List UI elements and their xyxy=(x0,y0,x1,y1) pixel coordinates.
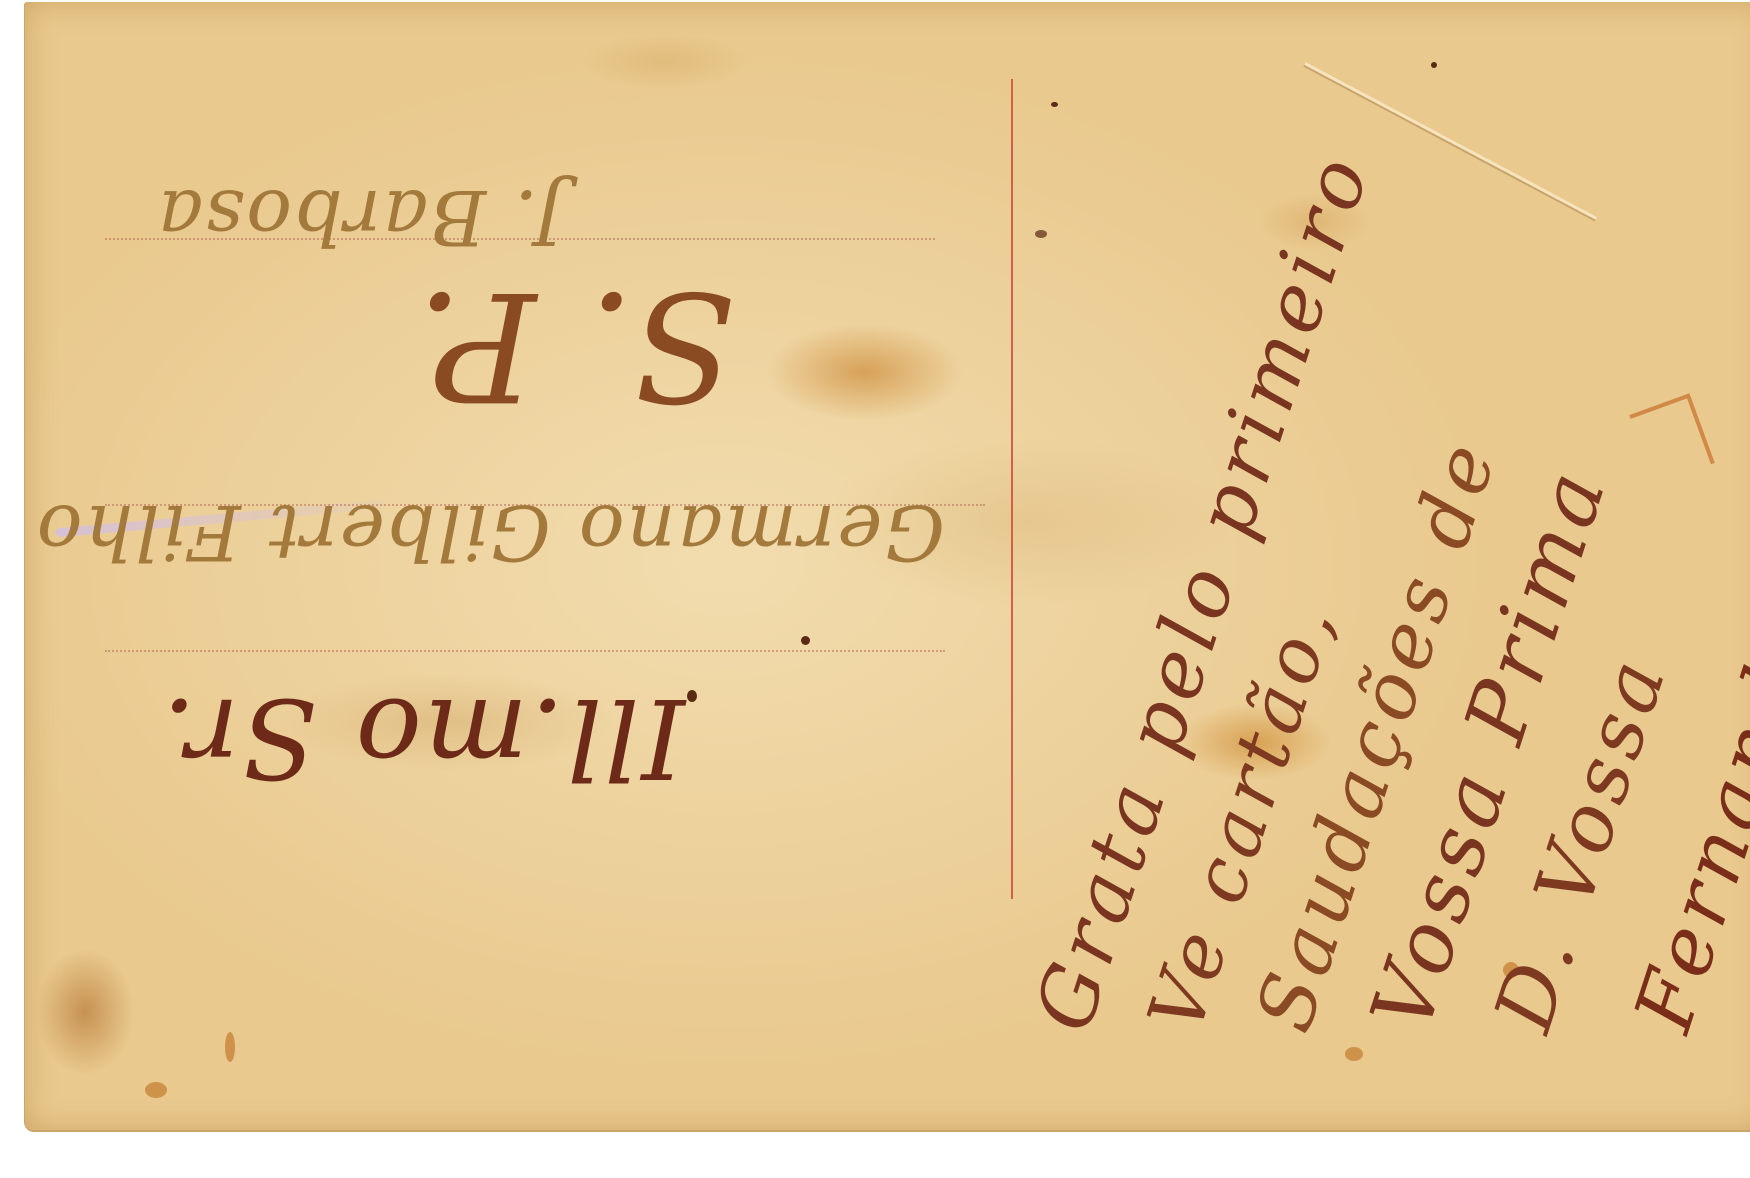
stain-speck xyxy=(145,1082,167,1098)
stain-speck xyxy=(225,1032,235,1062)
address-city: S. P. xyxy=(414,258,735,432)
divider-line xyxy=(1011,79,1013,899)
message-block: Grata pelo primeiro Ve cartão, Saudações… xyxy=(1025,2,1750,1132)
address-salutation: Ill.mo Sr. xyxy=(160,674,685,802)
postcard: Ill.mo Sr. Germano Gilbert Filho S. P. J… xyxy=(24,2,1750,1132)
address-block: Ill.mo Sr. Germano Gilbert Filho S. P. J… xyxy=(65,102,985,822)
address-name: Germano Gilbert Filho xyxy=(35,488,945,577)
address-sender: J. Barbosa xyxy=(156,173,565,262)
